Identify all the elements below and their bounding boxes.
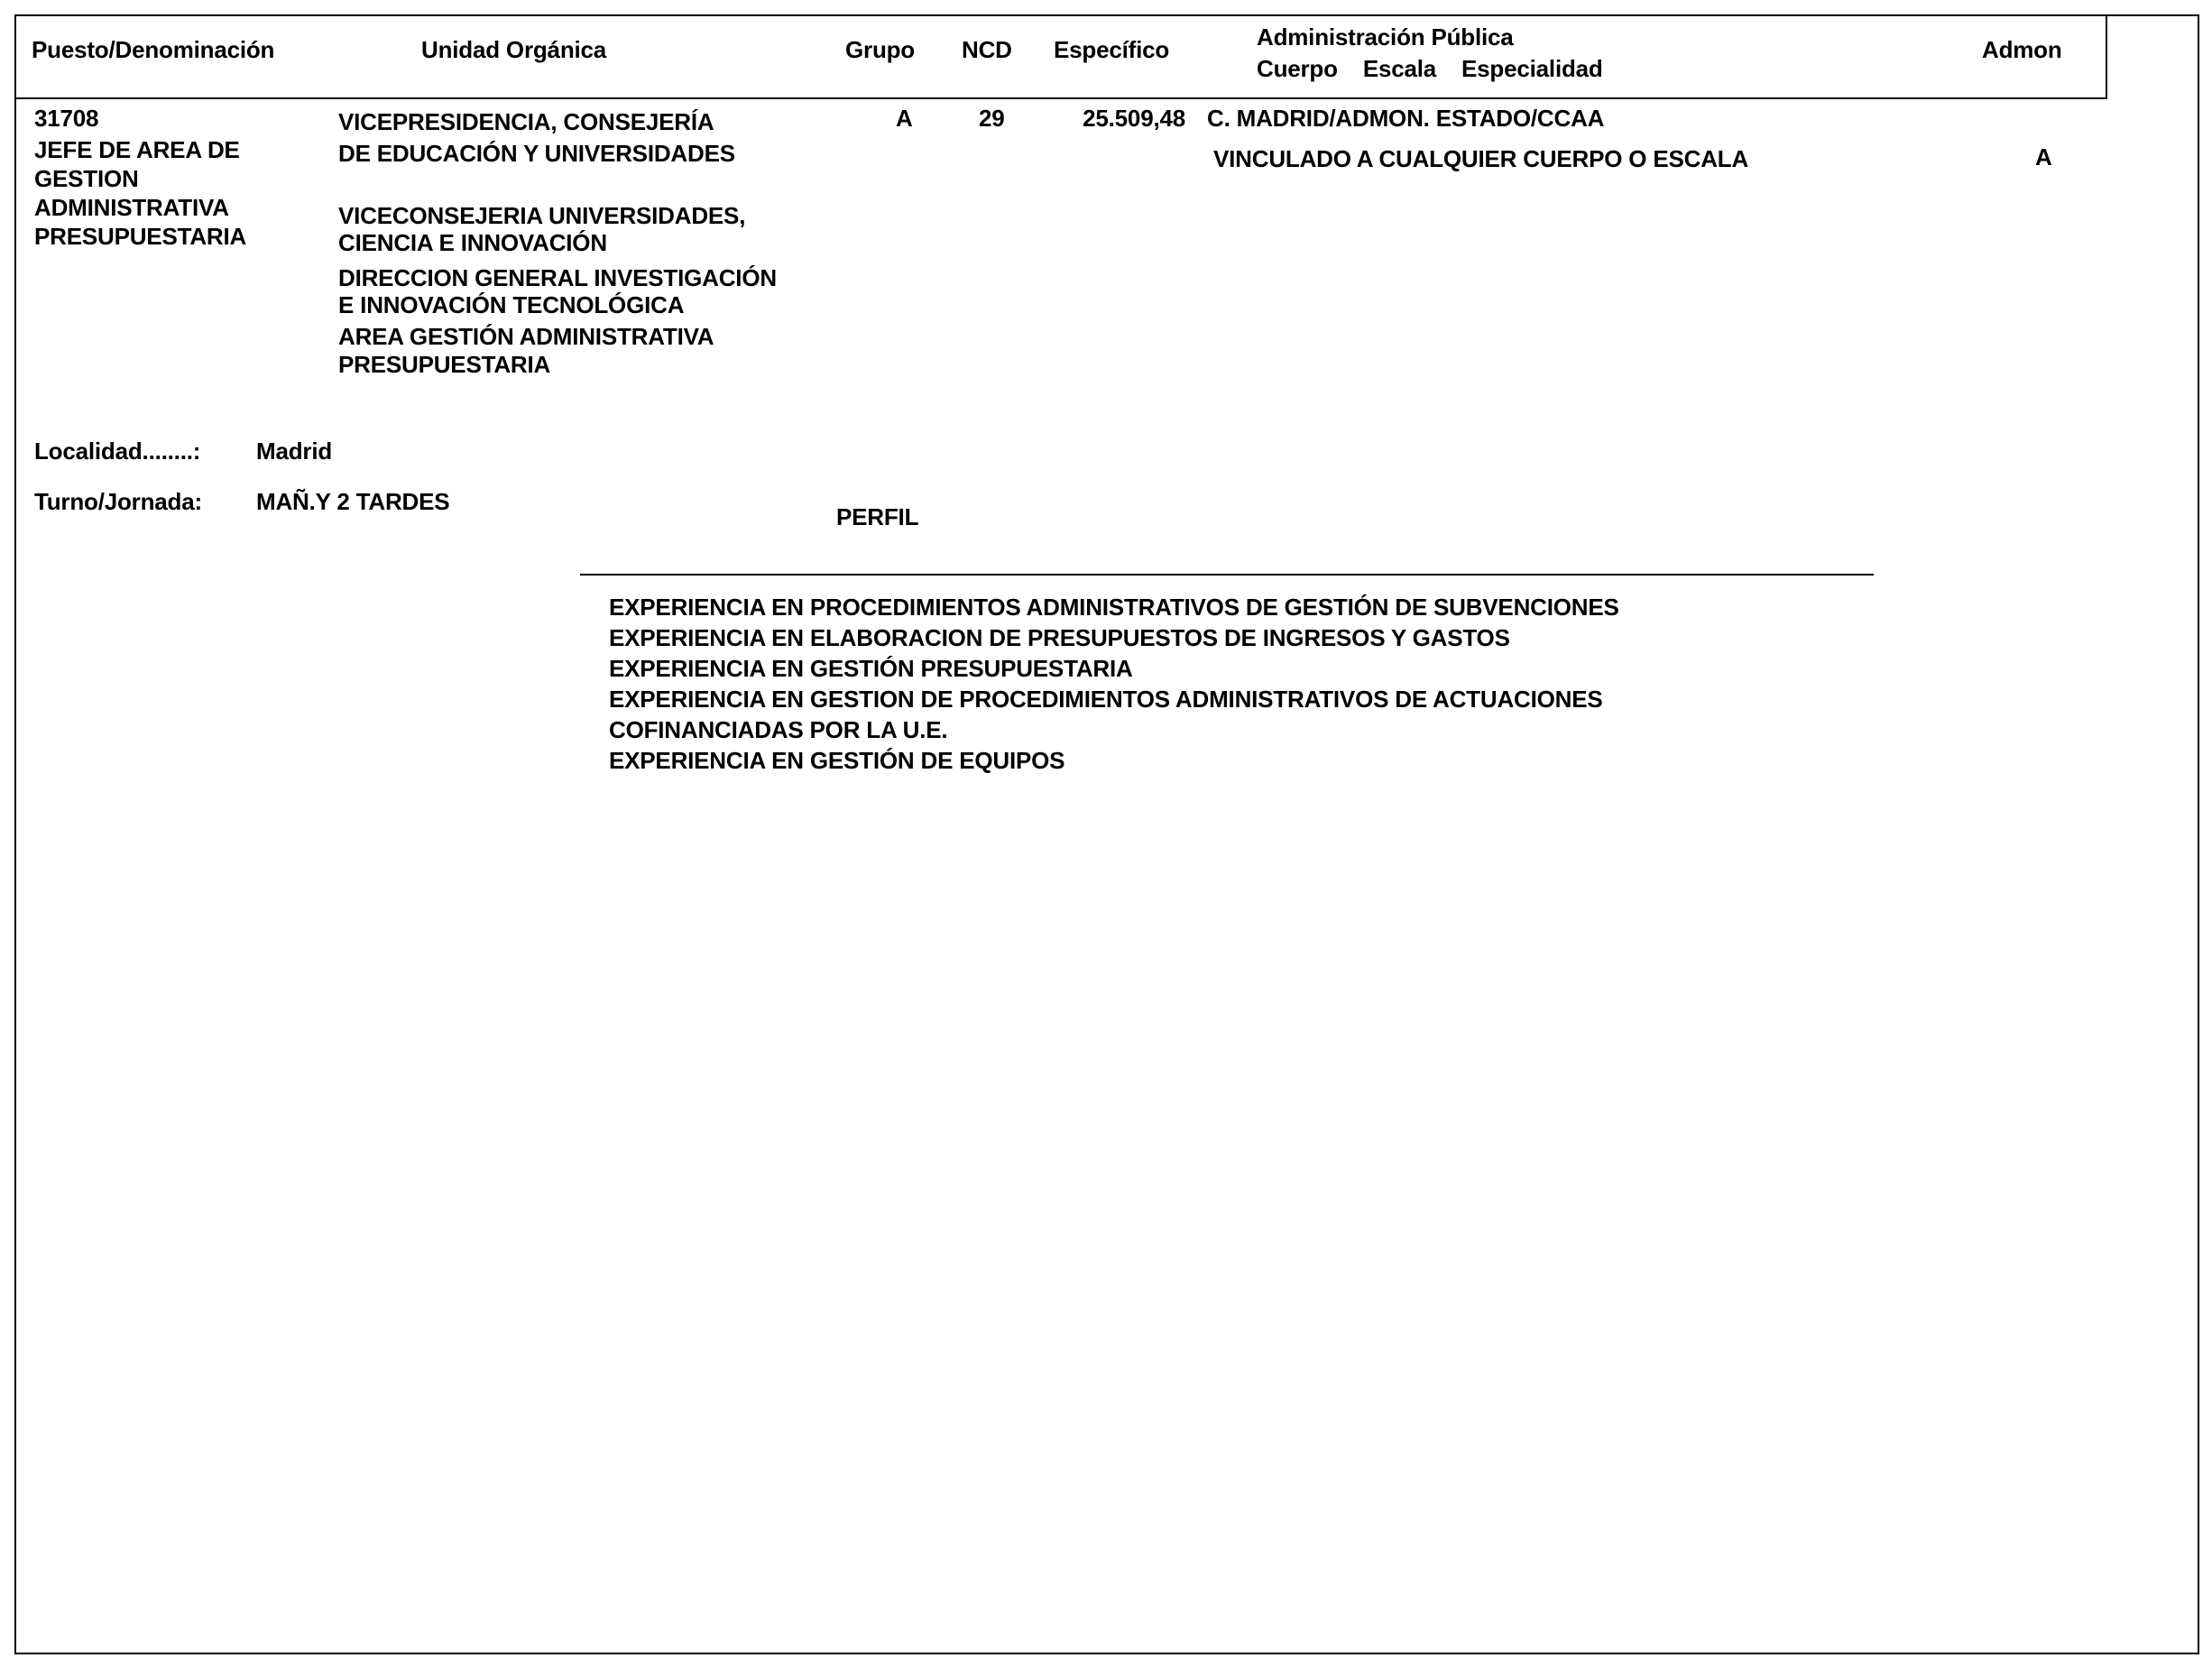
column-header-ncd: NCD [962, 38, 1012, 61]
unidad-organica-nivel-1: VICEPRESIDENCIA, CONSEJERÍA DE EDUCACIÓN… [338, 106, 880, 170]
column-header-grupo: Grupo [845, 38, 915, 61]
puesto-codigo: 31708 [34, 105, 98, 132]
subheader-especialidad: Especialidad [1461, 53, 1603, 85]
perfil-item: EXPERIENCIA EN GESTIÓN PRESUPUESTARIA [609, 653, 1962, 684]
column-header-administracion-publica: Administración Pública Cuerpo Escala Esp… [1257, 22, 1603, 85]
administracion-publica-title: Administración Pública [1257, 22, 1603, 53]
column-header-especifico: Específico [1054, 38, 1169, 61]
page-border [14, 14, 2199, 1654]
subheader-escala: Escala [1363, 53, 1436, 85]
administracion-publica-value: C. MADRID/ADMON. ESTADO/CCAA [1207, 105, 1604, 132]
admon-value: A [2035, 143, 2052, 170]
perfil-section-title: PERFIL [836, 503, 918, 530]
grupo-value: A [896, 105, 913, 132]
perfil-item: EXPERIENCIA EN GESTIÓN DE EQUIPOS [609, 745, 1962, 776]
unidad-organica-nivel-2: VICECONSEJERIA UNIVERSIDADES, CIENCIA E … [338, 202, 880, 256]
document-page: Puesto/Denominación Unidad Orgánica Grup… [0, 0, 2212, 1667]
puesto-denominacion: JEFE DE AREA DE GESTION ADMINISTRATIVA P… [34, 135, 269, 251]
especifico-value: 25.509,48 [996, 105, 1185, 132]
subheader-cuerpo: Cuerpo [1257, 53, 1338, 85]
turno-jornada-label: Turno/Jornada: [34, 488, 202, 515]
perfil-item: EXPERIENCIA EN PROCEDIMIENTOS ADMINISTRA… [609, 592, 1962, 622]
perfil-item: EXPERIENCIA EN GESTION DE PROCEDIMIENTOS… [609, 684, 1962, 745]
localidad-value: Madrid [256, 437, 332, 465]
column-header-unidad-organica: Unidad Orgánica [421, 38, 606, 61]
unidad-organica-nivel-3: DIRECCION GENERAL INVESTIGACIÓN E INNOVA… [338, 264, 880, 318]
turno-jornada-value: MAÑ.Y 2 TARDES [256, 488, 449, 515]
column-header-puesto-denominacion: Puesto/Denominación [32, 38, 274, 61]
localidad-label: Localidad........: [34, 437, 200, 465]
column-header-admon: Admon [1982, 38, 2062, 61]
perfil-item: EXPERIENCIA EN ELABORACION DE PRESUPUEST… [609, 622, 1962, 653]
perfil-list: EXPERIENCIA EN PROCEDIMIENTOS ADMINISTRA… [609, 592, 1962, 776]
unidad-organica-nivel-4: AREA GESTIÓN ADMINISTRATIVA PRESUPUESTAR… [338, 323, 880, 379]
perfil-divider [580, 574, 1874, 576]
vinculacion-cuerpo-escala-value: VINCULADO A CUALQUIER CUERPO O ESCALA [1213, 145, 1748, 172]
